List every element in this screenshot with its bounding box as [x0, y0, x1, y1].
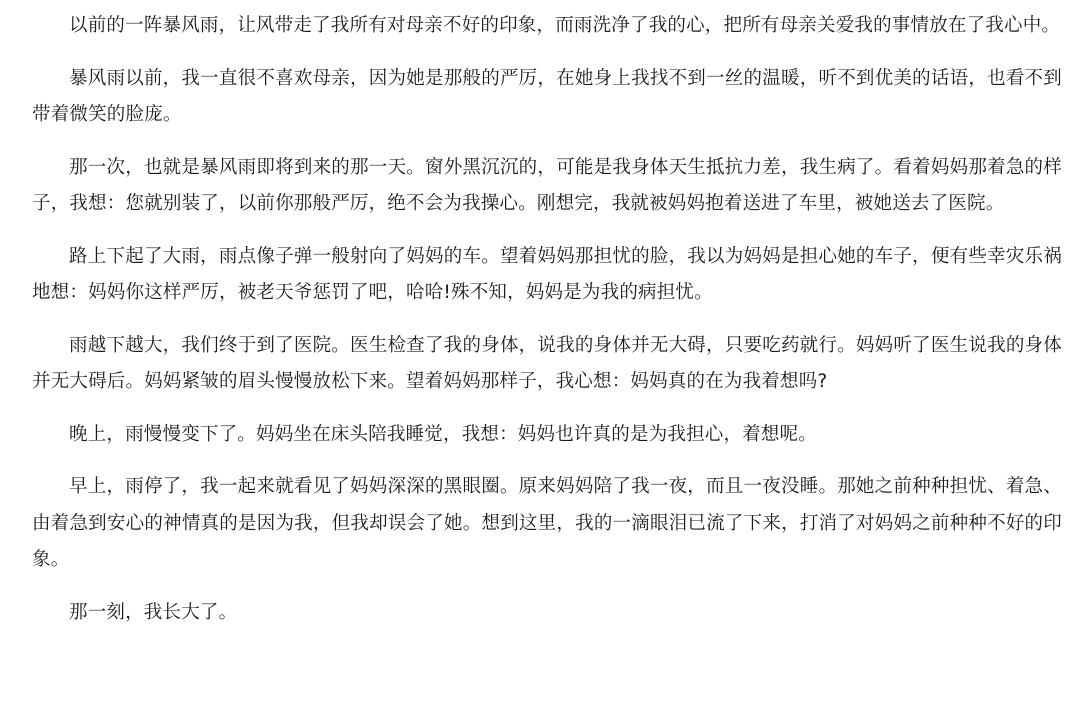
paragraph-4: 路上下起了大雨，雨点像子弹一般射向了妈妈的车。望着妈妈那担忧的脸，我以为妈妈是担… [32, 239, 1062, 312]
paragraph-7: 早上，雨停了，我一起来就看见了妈妈深深的黑眼圈。原来妈妈陪了我一夜，而且一夜没睡… [32, 469, 1062, 579]
paragraph-5: 雨越下越大，我们终于到了医院。医生检查了我的身体，说我的身体并无大碍，只要吃药就… [32, 328, 1062, 401]
article-body: 以前的一阵暴风雨，让风带走了我所有对母亲不好的印象，而雨洗净了我的心，把所有母亲… [32, 8, 1062, 647]
paragraph-3: 那一次，也就是暴风雨即将到来的那一天。窗外黑沉沉的，可能是我身体天生抵抗力差，我… [32, 150, 1062, 223]
paragraph-8: 那一刻，我长大了。 [32, 595, 1062, 632]
paragraph-6: 晚上，雨慢慢变下了。妈妈坐在床头陪我睡觉，我想：妈妈也许真的是为我担心，着想呢。 [32, 417, 1062, 454]
paragraph-2: 暴风雨以前，我一直很不喜欢母亲，因为她是那般的严厉，在她身上我找不到一丝的温暖，… [32, 61, 1062, 134]
paragraph-1: 以前的一阵暴风雨，让风带走了我所有对母亲不好的印象，而雨洗净了我的心，把所有母亲… [32, 8, 1062, 45]
